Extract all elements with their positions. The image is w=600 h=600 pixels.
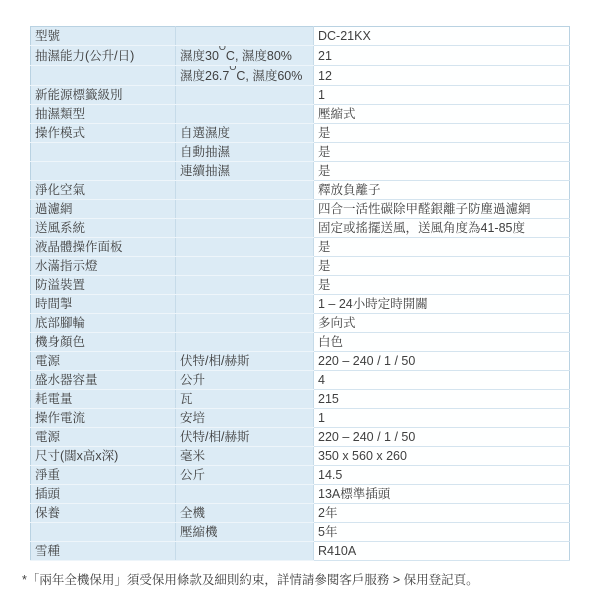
- spec-sub-cell: 自動抽濕: [176, 143, 314, 162]
- spec-label-cell: 尺寸(闊x高x深): [31, 447, 176, 466]
- spec-row: 操作模式自選濕度是: [31, 124, 570, 143]
- spec-value-cell: 釋放負離子: [314, 181, 570, 200]
- spec-label-cell: [31, 162, 176, 181]
- spec-sub-cell: 瓦: [176, 390, 314, 409]
- spec-sub-cell: [176, 542, 314, 561]
- spec-value-cell: 21: [314, 46, 570, 66]
- spec-label-cell: 電源: [31, 352, 176, 371]
- spec-value-cell: R410A: [314, 542, 570, 561]
- spec-value-cell: 是: [314, 257, 570, 276]
- spec-value-cell: 13A標準插頭: [314, 485, 570, 504]
- spec-label-cell: 過濾網: [31, 200, 176, 219]
- spec-row: 電源伏特/相/赫斯220 – 240 / 1 / 50: [31, 428, 570, 447]
- spec-value-cell: 1: [314, 86, 570, 105]
- spec-value-cell: 是: [314, 143, 570, 162]
- spec-label-cell: 淨化空氣: [31, 181, 176, 200]
- spec-row: 底部腳輪多向式: [31, 314, 570, 333]
- spec-value-cell: 是: [314, 276, 570, 295]
- spec-label-cell: 抽濕類型: [31, 105, 176, 124]
- spec-label-cell: 電源: [31, 428, 176, 447]
- spec-sub-cell: [176, 219, 314, 238]
- spec-label-cell: 液晶體操作面板: [31, 238, 176, 257]
- spec-label-cell: 耗電量: [31, 390, 176, 409]
- spec-sub-cell: 公斤: [176, 466, 314, 485]
- spec-sub-cell: 濕度30OC, 濕度80%: [176, 46, 314, 66]
- spec-row: 機身顏色白色: [31, 333, 570, 352]
- spec-label-cell: 抽濕能力(公升/日): [31, 46, 176, 66]
- spec-label-cell: 防溢裝置: [31, 276, 176, 295]
- spec-row: 淨化空氣釋放負離子: [31, 181, 570, 200]
- spec-label-cell: 時間掣: [31, 295, 176, 314]
- spec-row: 尺寸(闊x高x深)毫米350 x 560 x 260: [31, 447, 570, 466]
- spec-row: 保養全機2年: [31, 504, 570, 523]
- spec-sub-cell: 公升: [176, 371, 314, 390]
- spec-row: 抽濕類型壓縮式: [31, 105, 570, 124]
- spec-value-cell: 四合一活性碳除甲醛銀離子防塵過濾網: [314, 200, 570, 219]
- spec-row: 型號DC-21KX: [31, 27, 570, 46]
- spec-label-cell: [31, 66, 176, 86]
- spec-label-cell: 雪種: [31, 542, 176, 561]
- spec-value-cell: DC-21KX: [314, 27, 570, 46]
- spec-value-cell: 1: [314, 409, 570, 428]
- spec-label-cell: 淨重: [31, 466, 176, 485]
- spec-value-cell: 215: [314, 390, 570, 409]
- spec-sub-cell: [176, 200, 314, 219]
- spec-label-cell: 型號: [31, 27, 176, 46]
- spec-row: 過濾網四合一活性碳除甲醛銀離子防塵過濾網: [31, 200, 570, 219]
- spec-row: 防溢裝置是: [31, 276, 570, 295]
- spec-label-cell: 水滿指示燈: [31, 257, 176, 276]
- spec-value-cell: 白色: [314, 333, 570, 352]
- spec-row: 時間掣1 – 24小時定時開關: [31, 295, 570, 314]
- spec-value-cell: 壓縮式: [314, 105, 570, 124]
- spec-page: 型號DC-21KX抽濕能力(公升/日)濕度30OC, 濕度80%21濕度26.7…: [0, 0, 600, 600]
- spec-row: 操作電流安培1: [31, 409, 570, 428]
- spec-label-cell: 插頭: [31, 485, 176, 504]
- spec-value-cell: 12: [314, 66, 570, 86]
- spec-label-cell: 新能源標籤級別: [31, 86, 176, 105]
- spec-sub-cell: 濕度26.7OC, 濕度60%: [176, 66, 314, 86]
- spec-value-cell: 是: [314, 238, 570, 257]
- spec-value-cell: 1 – 24小時定時開關: [314, 295, 570, 314]
- spec-value-cell: 220 – 240 / 1 / 50: [314, 352, 570, 371]
- spec-sub-cell: 毫米: [176, 447, 314, 466]
- spec-sub-cell: 伏特/相/赫斯: [176, 352, 314, 371]
- spec-value-cell: 14.5: [314, 466, 570, 485]
- spec-sub-cell: [176, 181, 314, 200]
- spec-sub-cell: [176, 105, 314, 124]
- spec-row: 抽濕能力(公升/日)濕度30OC, 濕度80%21: [31, 46, 570, 66]
- spec-sub-cell: [176, 333, 314, 352]
- spec-sub-cell: [176, 314, 314, 333]
- spec-value-cell: 220 – 240 / 1 / 50: [314, 428, 570, 447]
- spec-sub-cell: [176, 276, 314, 295]
- spec-value-cell: 350 x 560 x 260: [314, 447, 570, 466]
- spec-row: 盛水器容量公升4: [31, 371, 570, 390]
- spec-sub-cell: 安培: [176, 409, 314, 428]
- spec-value-cell: 是: [314, 162, 570, 181]
- spec-row: 送風系統固定或搖擺送風，送風角度為41-85度: [31, 219, 570, 238]
- spec-row: 耗電量瓦215: [31, 390, 570, 409]
- spec-sub-cell: [176, 238, 314, 257]
- spec-row: 新能源標籤級別1: [31, 86, 570, 105]
- spec-label-cell: 盛水器容量: [31, 371, 176, 390]
- spec-sub-cell: 連續抽濕: [176, 162, 314, 181]
- spec-label-cell: [31, 523, 176, 542]
- spec-value-cell: 固定或搖擺送風，送風角度為41-85度: [314, 219, 570, 238]
- spec-label-cell: 保養: [31, 504, 176, 523]
- spec-label-cell: [31, 143, 176, 162]
- spec-sub-cell: [176, 86, 314, 105]
- spec-value-cell: 5年: [314, 523, 570, 542]
- spec-sub-cell: 全機: [176, 504, 314, 523]
- spec-row: 濕度26.7OC, 濕度60%12: [31, 66, 570, 86]
- spec-value-cell: 多向式: [314, 314, 570, 333]
- spec-row: 液晶體操作面板是: [31, 238, 570, 257]
- spec-row: 電源伏特/相/赫斯220 – 240 / 1 / 50: [31, 352, 570, 371]
- spec-table: 型號DC-21KX抽濕能力(公升/日)濕度30OC, 濕度80%21濕度26.7…: [30, 26, 570, 561]
- spec-sub-cell: [176, 295, 314, 314]
- spec-row: 雪種R410A: [31, 542, 570, 561]
- spec-label-cell: 操作模式: [31, 124, 176, 143]
- spec-row: 插頭13A標準插頭: [31, 485, 570, 504]
- spec-row: 水滿指示燈是: [31, 257, 570, 276]
- spec-sub-cell: 壓縮機: [176, 523, 314, 542]
- spec-value-cell: 2年: [314, 504, 570, 523]
- spec-value-cell: 是: [314, 124, 570, 143]
- spec-row: 壓縮機5年: [31, 523, 570, 542]
- spec-sub-cell: 自選濕度: [176, 124, 314, 143]
- spec-value-cell: 4: [314, 371, 570, 390]
- spec-label-cell: 操作電流: [31, 409, 176, 428]
- spec-sub-cell: [176, 485, 314, 504]
- spec-sub-cell: [176, 257, 314, 276]
- spec-row: 淨重公斤14.5: [31, 466, 570, 485]
- spec-row: 連續抽濕是: [31, 162, 570, 181]
- spec-label-cell: 送風系統: [31, 219, 176, 238]
- spec-label-cell: 機身顏色: [31, 333, 176, 352]
- spec-label-cell: 底部腳輪: [31, 314, 176, 333]
- spec-sub-cell: [176, 27, 314, 46]
- spec-sub-cell: 伏特/相/赫斯: [176, 428, 314, 447]
- footnote: *「兩年全機保用」須受保用條款及細則約束，詳情請參閱客戶服務 > 保用登記頁。: [22, 570, 479, 588]
- spec-row: 自動抽濕是: [31, 143, 570, 162]
